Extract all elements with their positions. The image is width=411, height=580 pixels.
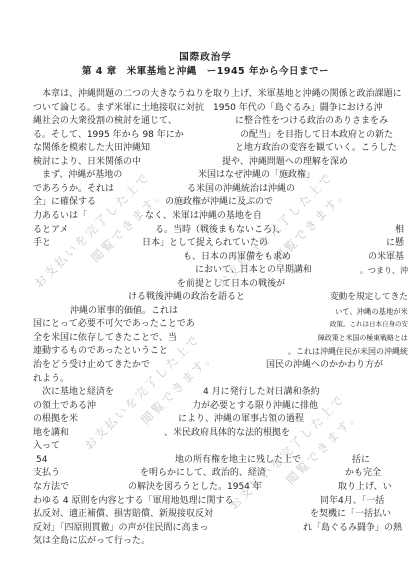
text-line: まず、沖縄が基地の米国はなぜ沖縄の「施政権」 [0,169,411,183]
text-segment: を契機に「一括払い [310,508,391,521]
text-segment: の施政権が沖縄に及ぶので [165,196,273,209]
text-line: ける戦後沖縄の政治を語ると変動を規定してきた [0,291,411,305]
text-segment: 日本」として捉えられていたの [142,237,268,250]
text-segment: により、沖縄の軍事占領の過程 [178,413,304,426]
text-segment: 力あるいは「 [33,210,87,223]
course-title: 国際政治学 [0,49,411,63]
text-segment: 気は全島に広がって行った。 [33,535,150,548]
text-line: 気は全島に広がって行った。 [0,535,411,549]
text-segment: 54 [36,454,47,467]
text-segment: なく、米軍は沖縄の基地を自 [145,210,262,223]
text-line: 支払うを明らかにして、政治的、経済かも完全 [0,467,411,481]
text-segment: 提や、沖縄問題への理解を深め [222,156,348,169]
text-line: な関係を模索した大田沖縄知と地方政治の変容を観ていく。こうした [0,142,411,156]
text-segment: に整合性をつける政治のありさまをみ [235,115,388,128]
text-segment: 1950 年代の「島ぐるみ」闘争における沖 [213,102,383,115]
text-segment: 括に [352,454,370,467]
text-segment: 手と [33,237,51,250]
text-segment: 縄社会の大衆役割の検討を通じて、 [33,115,177,128]
text-segment: 全」に確保する [33,196,96,209]
text-segment: 全を米国に依存してきたことで、当 [33,332,177,345]
text-segment: 払反対、適正補償、損害賠償、新規接収反対 [33,508,213,521]
text-segment: の根拠を米 [33,413,78,426]
text-segment: な関係を模索した大田沖縄知 [33,142,150,155]
text-line: 入って [0,440,411,454]
text-segment: において、日本との早期講和 [195,264,312,277]
text-segment: 地の所有権を地主に残した上で [175,454,301,467]
text-segment: 次に基地と経済を [33,386,114,399]
text-line: 全を米国に依存してきたことで、当障政策と米国の極東戦略とは [0,332,411,346]
text-segment: の解決を図ろうとした。1954 年 [128,481,262,494]
text-segment: 国民の沖縄へのかかわり方が [266,359,383,372]
text-segment: ついて論じる。まず米軍に土地接収に対抗 [33,102,204,115]
document-page: 国際政治学 第 4 章 米軍基地と沖縄 ー1945 年から今日までー お支払いを… [0,0,411,580]
text-segment: 入って [33,440,60,453]
text-segment: 同年4月、「一括 [320,495,384,508]
text-line: な方法での解決を図ろうとした。1954 年取り上げ、い [0,481,411,495]
text-segment: も、日本の再軍備をも求め [183,251,291,264]
text-segment: 沖縄の軍事的価値。これは [70,305,178,318]
text-segment: れ「島ぐるみ闘争」の熱 [303,522,402,535]
text-segment: まず、沖縄が基地の [33,169,122,182]
text-line: ついて論じる。まず米軍に土地接収に対抗1950 年代の「島ぐるみ」闘争における沖 [0,102,411,116]
text-segment: 。これは沖縄住民が米国の沖縄統 [288,345,408,358]
text-segment: 。つまり、沖 [360,264,408,277]
text-segment: を前提として日本の戦後が [177,278,285,291]
text-segment: の領土である沖 [33,400,96,413]
text-segment: 国にとって必要不可欠であったことであ [33,318,195,331]
text-segment: かも完全 [345,467,381,480]
text-segment: 相 [395,224,404,237]
text-segment: れよう。 [33,373,69,386]
text-segment: ける戦後沖縄の政治を語ると [128,291,245,304]
text-line: 54地の所有権を地主に残した上で括に [0,454,411,468]
text-segment: 反対」「四原則貫徹」の声が住民間に高まっ [33,522,209,535]
text-line: も、日本の再軍備をも求めの米軍基 [0,251,411,265]
text-segment: 障政策と米国の極東戦略とは [318,332,408,345]
text-line: 地を講和、米民政府具体的な法的根拠を [0,427,411,441]
text-line: の領土である沖力が必要とする限り沖縄に排他 [0,400,411,414]
text-line: であろうか。それはる米国の沖縄統治は沖縄の [0,183,411,197]
text-segment: 地を講和 [33,427,69,440]
text-segment: な方法で [33,481,69,494]
text-line: 力あるいは「なく、米軍は沖縄の基地を自 [0,210,411,224]
text-line: る。そして、1995 年から 98 年にかの配当」を目指して日本政府との新た [0,129,411,143]
text-segment: いて、沖縄の基地が米 [335,305,408,318]
text-line: 払反対、適正補償、損害賠償、新規接収反対を契機に「一括払い [0,508,411,522]
text-segment: であろうか。それは [33,183,114,196]
text-segment: の米軍基 [368,251,404,264]
text-segment: るとアメ [33,224,68,237]
text-segment: 政策。これは日本自身の安 [330,318,408,331]
text-segment: 検討により、日米関係の中 [33,156,141,169]
text-segment: と地方政治の変容を観ていく。こうした [235,142,397,155]
text-segment: 4 月に発行した対日講和条約 [203,386,320,399]
text-line: 次に基地と経済を4 月に発行した対日講和条約 [0,386,411,400]
text-segment: 取り上げ、い [338,481,392,494]
text-segment: 力が必要とする限り沖縄に排他 [192,400,318,413]
text-line: 国にとって必要不可欠であったことであ政策。これは日本自身の安 [0,318,411,332]
text-line: において、日本との早期講和。つまり、沖 [0,264,411,278]
text-segment: 本章は、沖縄問題の二つの大きなうねりを取り上げ、米軍基地と沖縄の関係と政治課題に [33,88,402,101]
text-line: を前提として日本の戦後が [0,278,411,292]
text-line: 反対」「四原則貫徹」の声が住民間に高まっれ「島ぐるみ闘争」の熱 [0,522,411,536]
text-segment: の配当」を目指して日本政府との新た [240,129,393,142]
text-segment: 変動を規定してきた [330,291,408,304]
text-line: わゆる 4 原則を内容とする「軍用地処理に関する同年4月、「一括 [0,495,411,509]
text-segment: 、米民政府具体的な法的根拠を [164,427,290,440]
text-segment: 治をどう受け止めてきたかで [33,359,150,372]
text-line: 縄社会の大衆役割の検討を通じて、に整合性をつける政治のありさまをみ [0,115,411,129]
text-segment: る米国の沖縄統治は沖縄の [187,183,295,196]
text-line: 沖縄の軍事的価値。これはいて、沖縄の基地が米 [0,305,411,319]
text-segment: に懸 [386,237,404,250]
text-segment: 米国はなぜ沖縄の「施政権」 [198,169,315,182]
text-line: 手と日本」として捉えられていたのに懸 [0,237,411,251]
text-line: の根拠を米により、沖縄の軍事占領の過程 [0,413,411,427]
text-segment: を明らかにして、政治的、経済 [140,467,266,480]
text-line: るとアメる。当時（戦後まもないころ）、相 [0,224,411,238]
text-line: 検討により、日米関係の中提や、沖縄問題への理解を深め [0,156,411,170]
text-line: 本章は、沖縄問題の二つの大きなうねりを取り上げ、米軍基地と沖縄の関係と政治課題に [0,88,411,102]
text-segment: る。当時（戦後まもないころ）、 [155,224,286,237]
text-line: 連動するものであったということ。これは沖縄住民が米国の沖縄統 [0,345,411,359]
text-segment: る。そして、1995 年から 98 年にか [33,129,184,142]
text-line: 治をどう受け止めてきたかで国民の沖縄へのかかわり方が [0,359,411,373]
chapter-title: 第 4 章 米軍基地と沖縄 ー1945 年から今日までー [0,63,411,77]
text-segment: 連動するものであったということ [33,345,168,358]
text-segment: わゆる 4 原則を内容とする「軍用地処理に関する [33,495,233,508]
text-segment: 支払う [33,467,60,480]
text-line: れよう。 [0,373,411,387]
text-line: 全」に確保するの施政権が沖縄に及ぶので [0,196,411,210]
